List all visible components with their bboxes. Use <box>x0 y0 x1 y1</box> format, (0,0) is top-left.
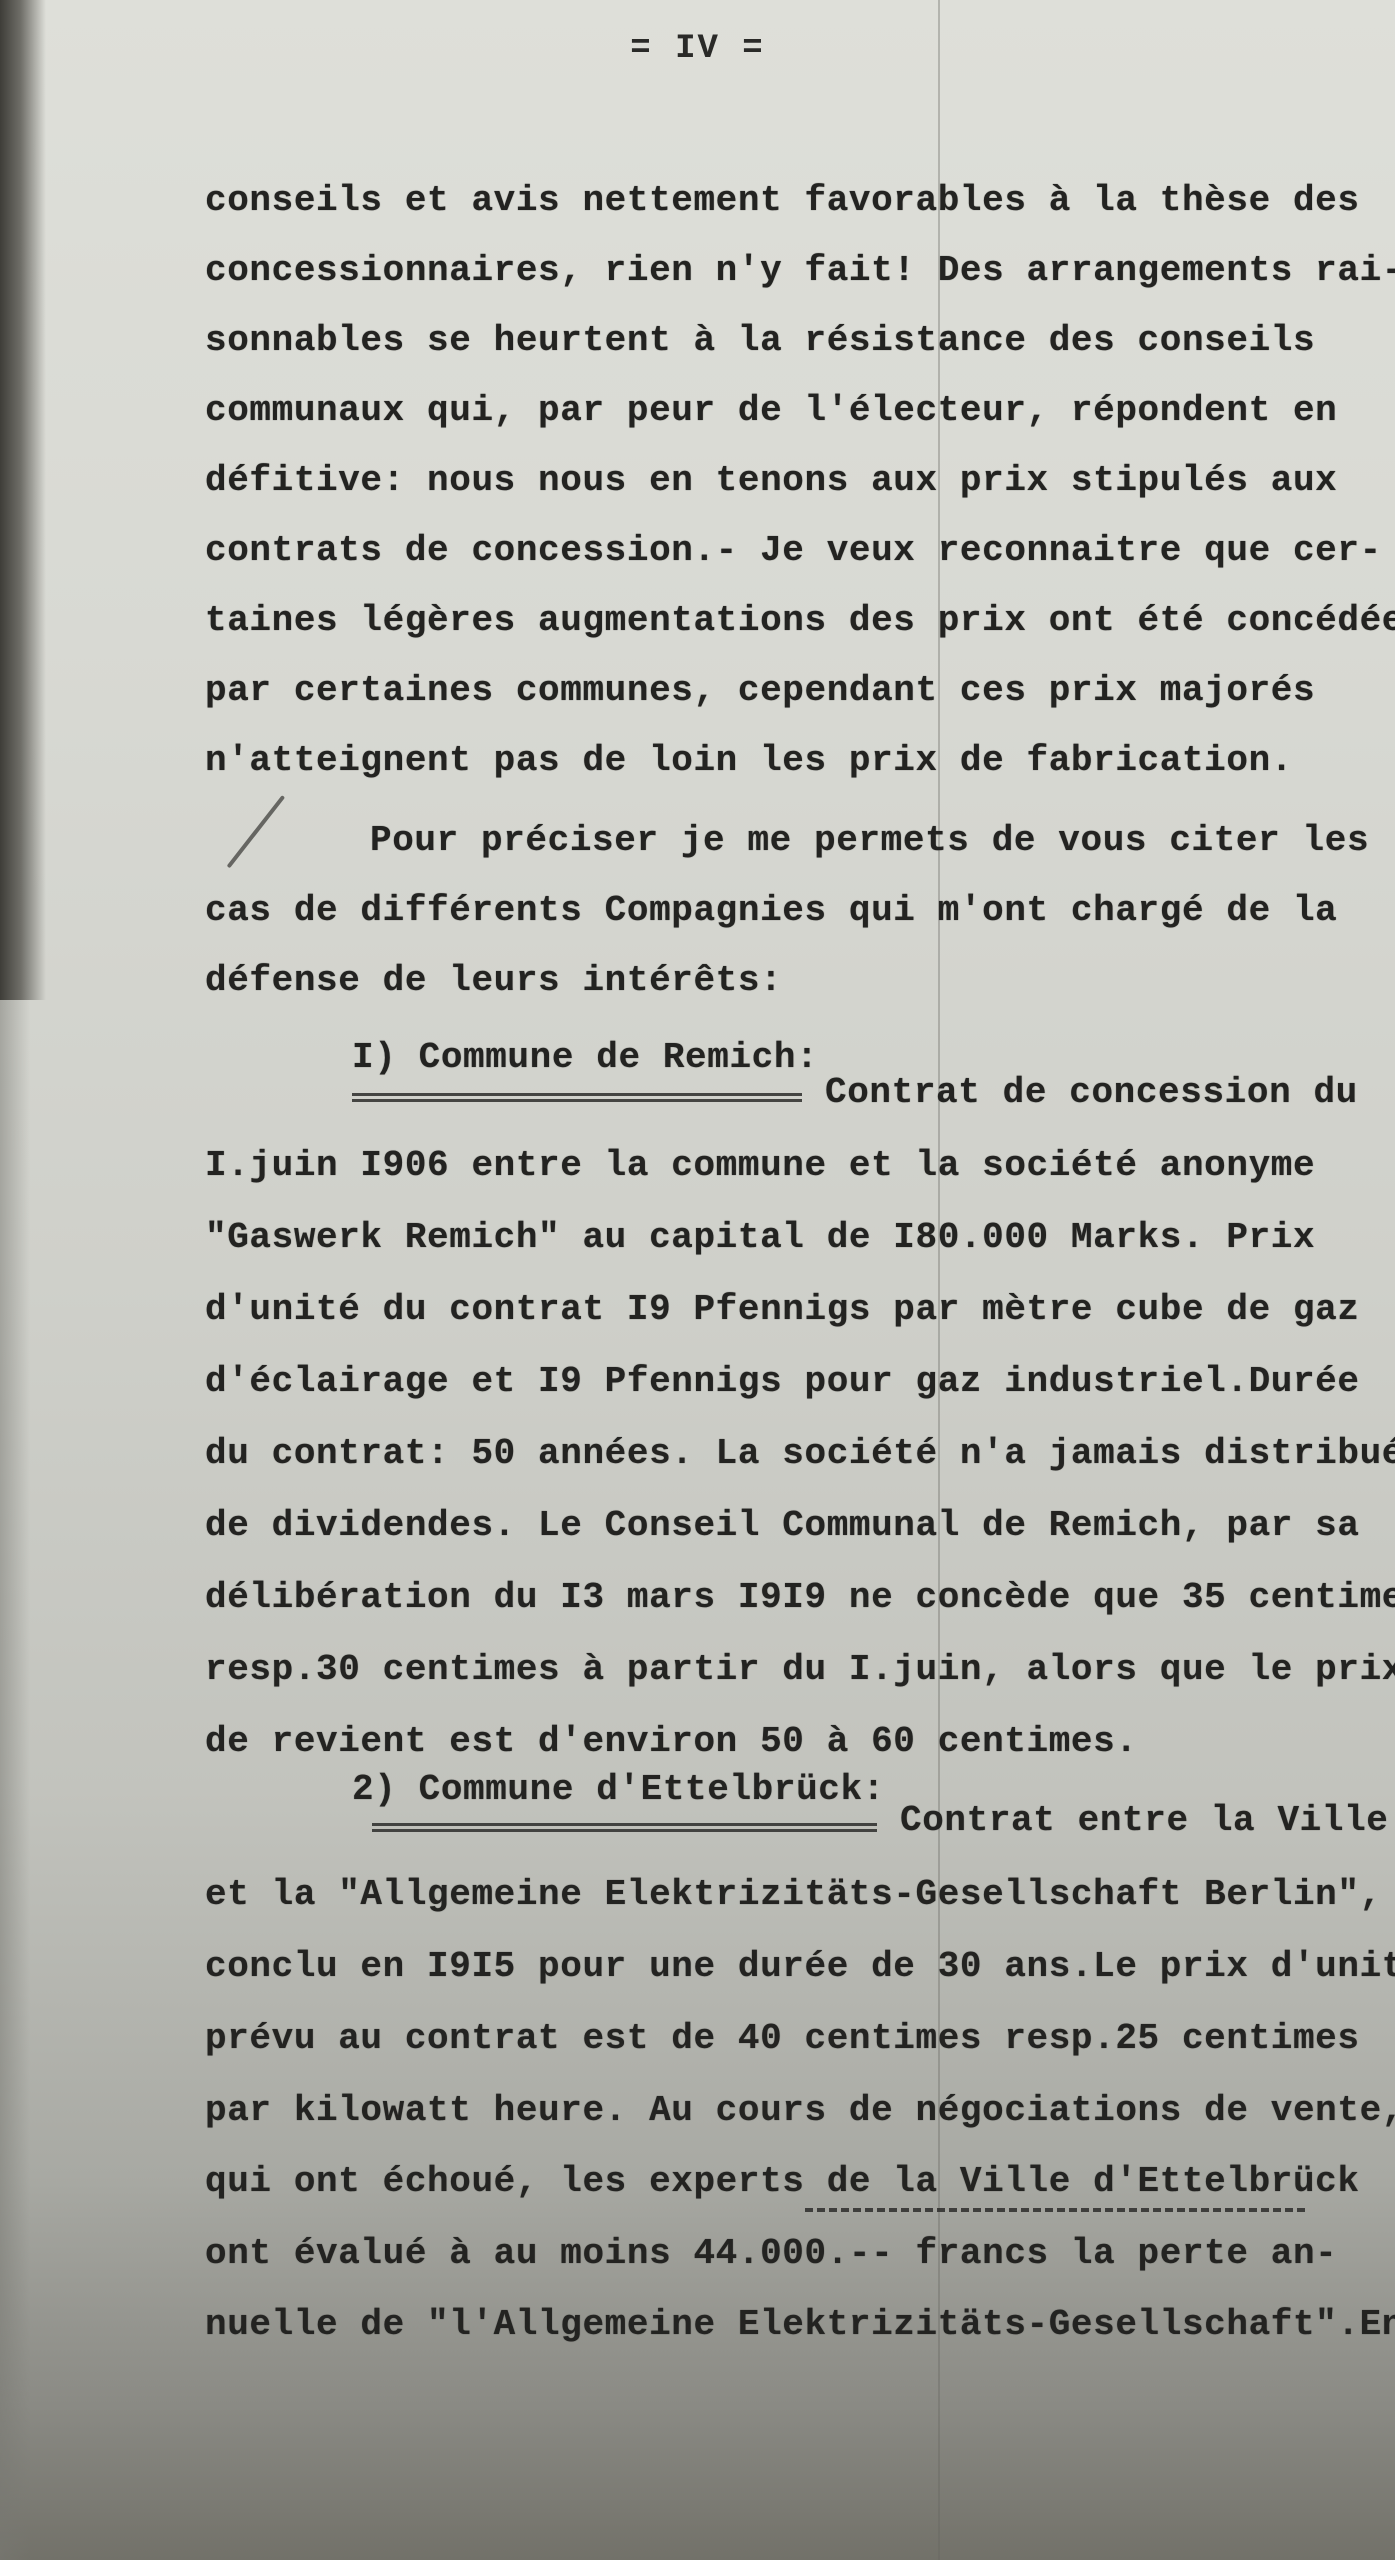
text-line: prévu au contrat est de 40 centimes resp… <box>205 2021 1360 2057</box>
text-line: n'atteignent pas de loin les prix de fab… <box>205 743 1293 779</box>
text-line: Contrat de concession du <box>825 1075 1358 1111</box>
text-line: nuelle de "l'Allgemeine Elektrizitäts-Ge… <box>205 2307 1395 2343</box>
text-line: Pour préciser je me permets de vous cite… <box>370 823 1369 859</box>
text-line: par kilowatt heure. Au cours de négociat… <box>205 2093 1395 2129</box>
page-edge-shadow-lower <box>0 1000 30 2560</box>
section-heading-ettelbruck: 2) Commune d'Ettelbrück: <box>352 1772 885 1808</box>
text-line: du contrat: 50 années. La société n'a ja… <box>205 1436 1395 1472</box>
text-line: concessionnaires, rien n'y fait! Des arr… <box>205 253 1395 289</box>
text-underline <box>805 2208 1305 2212</box>
text-line: qui ont échoué, les experts de la Ville … <box>205 2164 1360 2200</box>
text-line: de revient est d'environ 50 à 60 centime… <box>205 1724 1138 1760</box>
text-line: conclu en I9I5 pour une durée de 30 ans.… <box>205 1949 1395 1985</box>
page-edge-shadow <box>0 0 46 1000</box>
text-line: et la "Allgemeine Elektrizitäts-Gesellsc… <box>205 1877 1382 1913</box>
text-line: conseils et avis nettement favorables à … <box>205 183 1360 219</box>
text-line: cas de différents Compagnies qui m'ont c… <box>205 893 1337 929</box>
heading-double-underline <box>372 1823 877 1832</box>
text-line: communaux qui, par peur de l'électeur, r… <box>205 393 1337 429</box>
text-line: par certaines communes, cependant ces pr… <box>205 673 1315 709</box>
pencil-mark <box>227 795 286 868</box>
page-number: = IV = <box>0 30 1395 68</box>
text-line: Contrat entre la Ville <box>900 1803 1388 1839</box>
text-line: défense de leurs intérêts: <box>205 963 782 999</box>
section-heading-remich: I) Commune de Remich: <box>352 1040 818 1076</box>
text-line: d'éclairage et I9 Pfennigs pour gaz indu… <box>205 1364 1360 1400</box>
text-line: "Gaswerk Remich" au capital de I80.000 M… <box>205 1220 1315 1256</box>
text-line: sonnables se heurtent à la résistance de… <box>205 323 1315 359</box>
text-line: défitive: nous nous en tenons aux prix s… <box>205 463 1337 499</box>
text-line: délibération du I3 mars I9I9 ne concède … <box>205 1580 1395 1616</box>
text-line: I.juin I906 entre la commune et la socié… <box>205 1148 1315 1184</box>
text-line: d'unité du contrat I9 Pfennigs par mètre… <box>205 1292 1360 1328</box>
text-line: resp.30 centimes à partir du I.juin, alo… <box>205 1652 1395 1688</box>
text-line: de dividendes. Le Conseil Communal de Re… <box>205 1508 1360 1544</box>
heading-double-underline <box>352 1093 802 1102</box>
text-line: contrats de concession.- Je veux reconna… <box>205 533 1382 569</box>
text-line: ont évalué à au moins 44.000.-- francs l… <box>205 2236 1337 2272</box>
text-line: taines légères augmentations des prix on… <box>205 603 1395 639</box>
